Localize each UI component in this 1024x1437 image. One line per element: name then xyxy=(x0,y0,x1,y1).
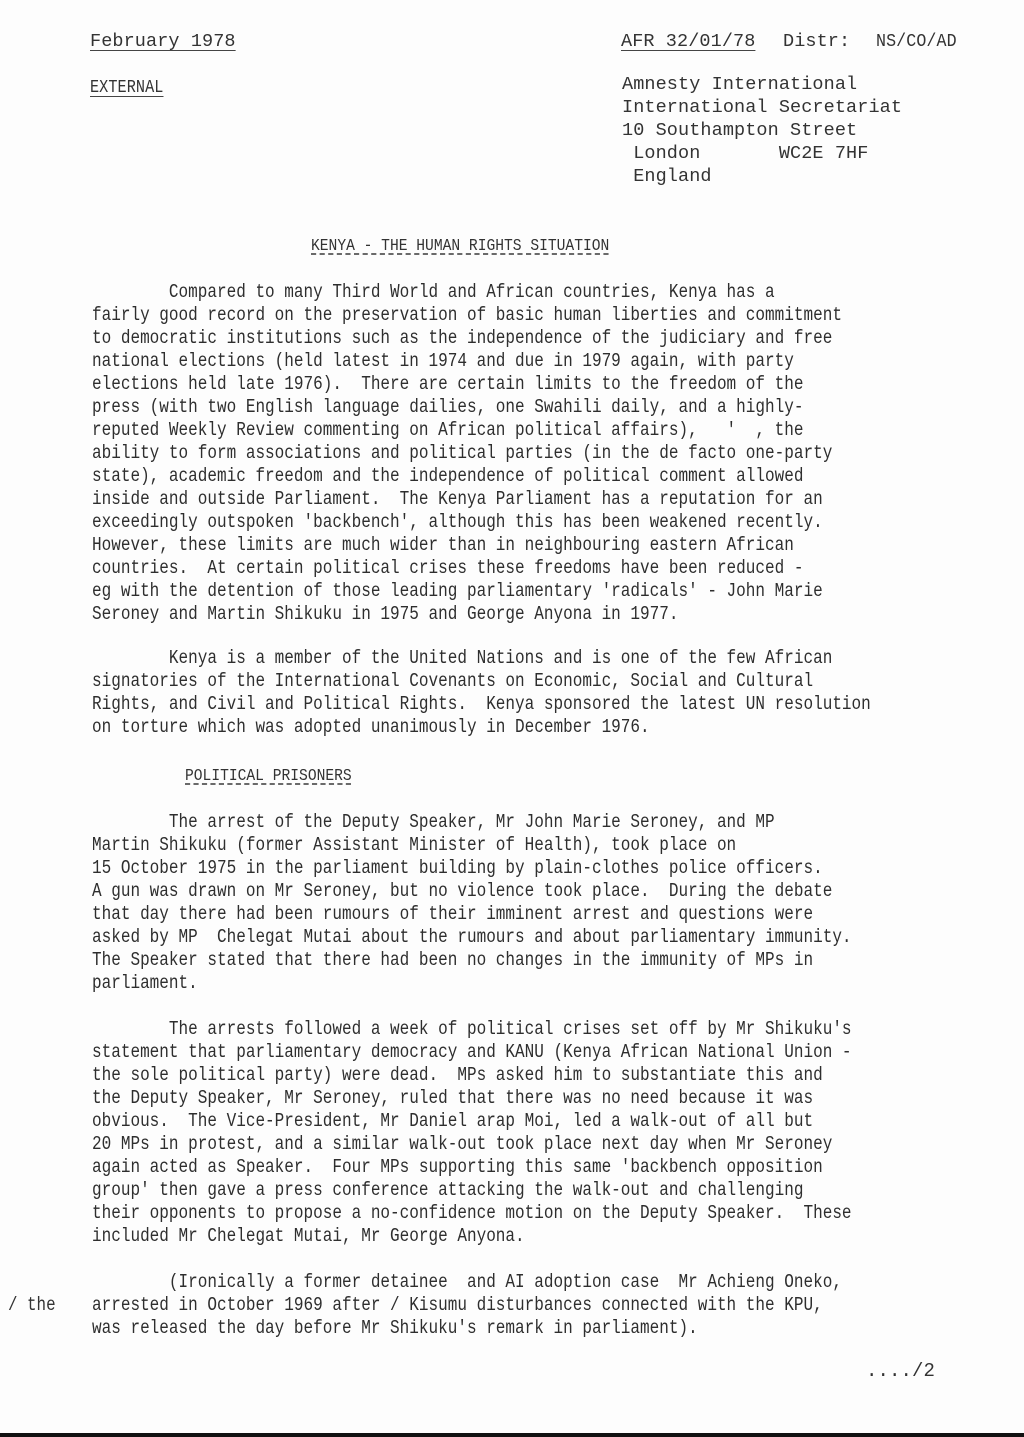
text-line: The Speaker stated that there had been n… xyxy=(92,949,869,972)
address-line: England xyxy=(622,165,712,188)
paragraph-intro: Compared to many Third World and African… xyxy=(92,281,1022,626)
text-line: signatories of the International Covenan… xyxy=(92,670,869,693)
text-line: group' then gave a press conference atta… xyxy=(92,1179,869,1202)
text-line: Rights, and Civil and Political Rights. … xyxy=(92,693,869,716)
document-title: KENYA - THE HUMAN RIGHTS SITUATION xyxy=(311,235,609,258)
text-line: asked by MP Chelegat Mutai about the rum… xyxy=(92,926,869,949)
scan-bottom-edge xyxy=(0,1433,1024,1437)
text-line: on torture which was adopted unanimously… xyxy=(92,716,869,739)
distribution-value: NS/CO/AD xyxy=(876,30,957,53)
paragraph-un-membership: Kenya is a member of the United Nations … xyxy=(92,647,1022,739)
text-line: arrested in October 1969 after / Kisumu … xyxy=(92,1294,869,1317)
text-line: exceedingly outspoken 'backbench', altho… xyxy=(92,511,869,534)
document-date: February 1978 xyxy=(90,30,236,53)
text-line: national elections (held latest in 1974 … xyxy=(92,350,869,373)
text-line: that day there had been rumours of their… xyxy=(92,903,869,926)
text-line: included Mr Chelegat Mutai, Mr George An… xyxy=(92,1225,869,1248)
text-line: statement that parliamentary democracy a… xyxy=(92,1041,869,1064)
text-line: A gun was drawn on Mr Seroney, but no vi… xyxy=(92,880,869,903)
document-reference: AFR 32/01/78 xyxy=(621,30,755,53)
paragraph-oneko-note: (Ironically a former detainee and AI ado… xyxy=(92,1271,1022,1340)
paragraph-political-crises: The arrests followed a week of political… xyxy=(92,1018,1022,1248)
text-line: 20 MPs in protest, and a similar walk-ou… xyxy=(92,1133,869,1156)
text-line: inside and outside Parliament. The Kenya… xyxy=(92,488,869,511)
address-line: 10 Southampton Street xyxy=(622,119,857,142)
address-line: Amnesty International xyxy=(622,73,857,96)
distribution-label: Distr: xyxy=(783,30,850,53)
text-line: countries. At certain political crises t… xyxy=(92,557,869,580)
text-line: The arrest of the Deputy Speaker, Mr Joh… xyxy=(92,811,869,834)
text-line: 15 October 1975 in the parliament buildi… xyxy=(92,857,869,880)
text-line: was released the day before Mr Shikuku's… xyxy=(92,1317,869,1340)
text-line: ability to form associations and politic… xyxy=(92,442,869,465)
text-line: state), academic freedom and the indepen… xyxy=(92,465,869,488)
text-line: The arrests followed a week of political… xyxy=(92,1018,869,1041)
margin-annotation: / the xyxy=(8,1294,56,1316)
text-line: obvious. The Vice-President, Mr Daniel a… xyxy=(92,1110,869,1133)
section-heading: POLITICAL PRISONERS xyxy=(185,765,352,788)
text-line: Martin Shikuku (former Assistant Ministe… xyxy=(92,834,869,857)
text-line: to democratic institutions such as the i… xyxy=(92,327,869,350)
text-line: press (with two English language dailies… xyxy=(92,396,869,419)
paragraph-arrests: The arrest of the Deputy Speaker, Mr Joh… xyxy=(92,811,1022,995)
text-line: Seroney and Martin Shikuku in 1975 and G… xyxy=(92,603,869,626)
document-page: February 1978 EXTERNAL AFR 32/01/78 Dist… xyxy=(0,0,1024,1437)
text-line: fairly good record on the preservation o… xyxy=(92,304,869,327)
text-line: elections held late 1976). There are cer… xyxy=(92,373,869,396)
text-line: the sole political party) were dead. MPs… xyxy=(92,1064,869,1087)
address-line: International Secretariat xyxy=(622,96,902,119)
text-line: their opponents to propose a no-confiden… xyxy=(92,1202,869,1225)
text-line: Compared to many Third World and African… xyxy=(92,281,869,304)
text-line: reputed Weekly Review commenting on Afri… xyxy=(92,419,869,442)
text-line: parliament. xyxy=(92,972,869,995)
text-line: However, these limits are much wider tha… xyxy=(92,534,869,557)
text-line: again acted as Speaker. Four MPs support… xyxy=(92,1156,869,1179)
text-line: Kenya is a member of the United Nations … xyxy=(92,647,869,670)
address-line: London WC2E 7HF xyxy=(622,142,868,165)
classification-label: EXTERNAL xyxy=(90,76,163,99)
continuation-marker: ..../2 xyxy=(866,1360,935,1383)
text-line: the Deputy Speaker, Mr Seroney, ruled th… xyxy=(92,1087,869,1110)
text-line: eg with the detention of those leading p… xyxy=(92,580,869,603)
text-line: (Ironically a former detainee and AI ado… xyxy=(92,1271,869,1294)
